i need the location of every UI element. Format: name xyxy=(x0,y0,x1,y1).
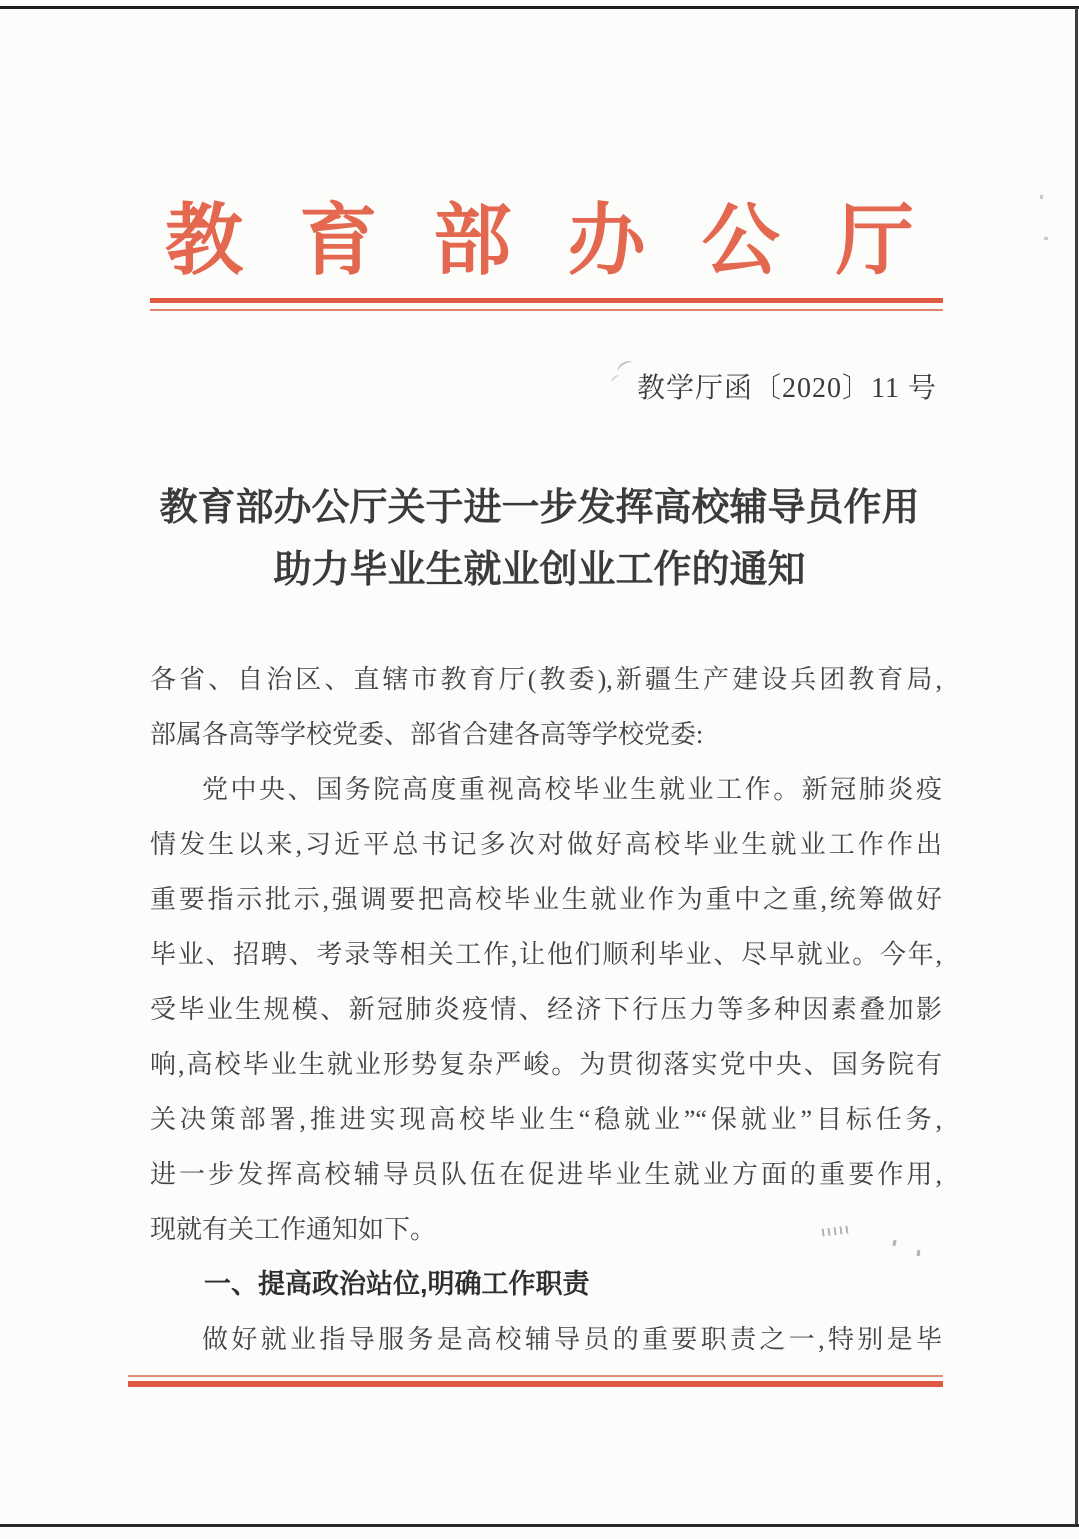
paragraph-1-line-3: 重要指示批示,强调要把高校毕业生就业作为重中之重,统筹做好 xyxy=(150,872,942,927)
scan-edge-bottom xyxy=(0,1524,1079,1527)
letterhead-rule-thin xyxy=(150,309,943,311)
letterhead-org-name: 教育部办公厅 xyxy=(0,178,1079,290)
footer-rule-thick xyxy=(128,1381,943,1387)
document-title-line-2: 助力毕业生就业创业工作的通知 xyxy=(0,539,1079,601)
scan-edge-top xyxy=(0,6,1079,9)
paragraph-1-line-6: 响,高校毕业生就业形势复杂严峻。为贯彻落实党中央、国务院有 xyxy=(150,1037,942,1092)
scan-artifact xyxy=(1040,195,1043,199)
paragraph-1-line-7: 关决策部署,推进实现高校毕业生“稳就业”“保就业”目标任务, xyxy=(150,1092,942,1147)
letterhead-rule-thick xyxy=(150,298,943,303)
scanned-document-page: 教育部办公厅 教学厅函〔2020〕11 号 教育部办公厅关于进一步发挥高校辅导员… xyxy=(0,0,1079,1539)
paragraph-2-line-1: 做好就业指导服务是高校辅导员的重要职责之一,特别是毕 xyxy=(150,1312,942,1367)
document-number: 教学厅函〔2020〕11 号 xyxy=(637,366,937,406)
scan-artifact xyxy=(610,374,622,386)
paragraph-1-line-4: 毕业、招聘、考录等相关工作,让他们顺利毕业、尽早就业。今年, xyxy=(150,927,942,982)
paragraph-1-line-8: 进一步发挥高校辅导员队伍在促进毕业生就业方面的重要作用, xyxy=(150,1147,942,1202)
footer-rule-thin xyxy=(128,1375,943,1377)
document-title-line-1: 教育部办公厅关于进一步发挥高校辅导员作用 xyxy=(0,477,1079,539)
salutation-line-1: 各省、自治区、直辖市教育厅(教委),新疆生产建设兵团教育局, xyxy=(150,652,942,707)
paragraph-1-line-5: 受毕业生规模、新冠肺炎疫情、经济下行压力等多种因素叠加影 xyxy=(150,982,942,1037)
paragraph-1-line-1: 党中央、国务院高度重视高校毕业生就业工作。新冠肺炎疫 xyxy=(150,762,942,817)
salutation-line-2: 部属各高等学校党委、部省合建各高等学校党委: xyxy=(150,707,942,762)
document-body: 各省、自治区、直辖市教育厅(教委),新疆生产建设兵团教育局, 部属各高等学校党委… xyxy=(150,652,942,1367)
scan-artifact xyxy=(615,358,635,376)
paragraph-1-line-2: 情发生以来,习近平总书记多次对做好高校毕业生就业工作作出 xyxy=(150,817,942,872)
scan-artifact xyxy=(1044,237,1048,240)
document-title: 教育部办公厅关于进一步发挥高校辅导员作用 助力毕业生就业创业工作的通知 xyxy=(0,477,1079,601)
scan-artifact xyxy=(917,1250,921,1256)
section-1-heading: 一、提高政治站位,明确工作职责 xyxy=(150,1257,942,1312)
